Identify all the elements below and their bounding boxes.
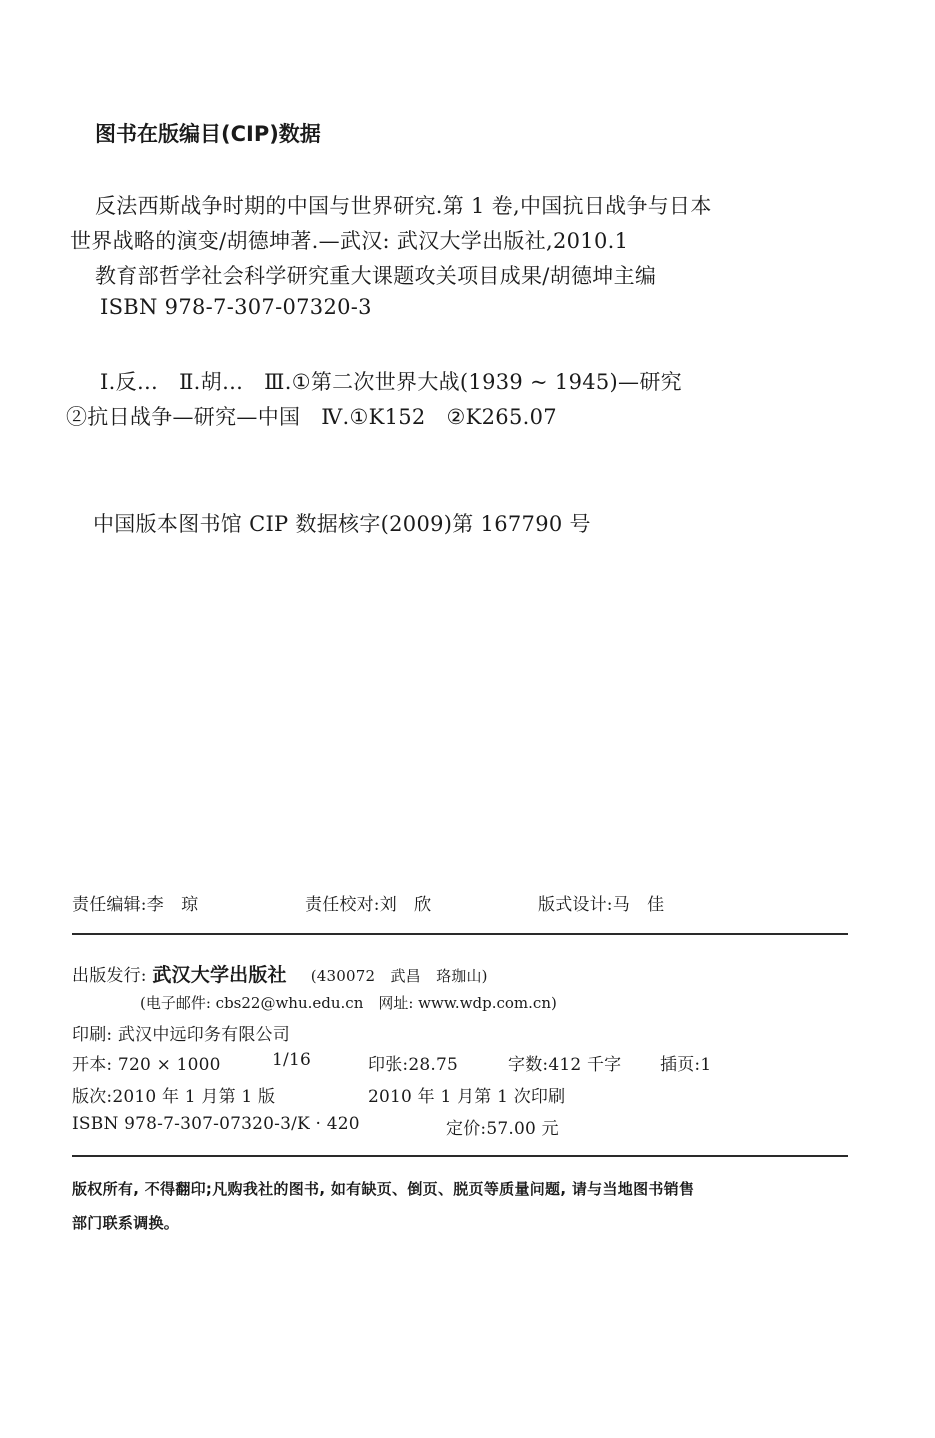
designer-name: 马 佳 [613,895,665,915]
publisher-name: 武汉大学出版社 [152,964,286,986]
format-fraction: 1/16 [272,1050,311,1070]
divider-rule-top [72,933,848,935]
publisher-address: (430072 武昌 珞珈山) [311,967,488,985]
proofreader-label: 责任校对: [305,895,380,915]
credits-editor: 责任编辑:李 琼 [72,890,198,915]
copyright-notice-line-1: 版权所有, 不得翻印;凡购我社的图书, 如有缺页、倒页、脱页等质量问题, 请与当… [72,1178,694,1199]
edition: 版次:2010 年 1 月第 1 版 [72,1082,275,1107]
publisher-line: 出版发行: 武汉大学出版社(430072 武昌 珞珈山) [72,960,488,987]
cip-title-line-2: 世界战略的演变/胡德坤著.—武汉: 武汉大学出版社,2010.1 [70,225,628,255]
format-line: 开本: 720 × 1000 [72,1050,221,1075]
credits-proofreader: 责任校对:刘 欣 [305,890,431,915]
cip-title-line-1: 反法西斯战争时期的中国与世界研究.第 1 卷,中国抗日战争与日本 [95,190,712,220]
isbn-full: ISBN 978-7-307-07320-3/K · 420 [72,1114,360,1134]
proofreader-name: 刘 欣 [380,895,432,915]
publisher-label: 出版发行: [72,966,152,986]
editor-name: 李 琼 [147,895,199,915]
printing: 2010 年 1 月第 1 次印刷 [368,1082,565,1107]
cip-subjects-line-1: Ⅰ.反… Ⅱ.胡… Ⅲ.①第二次世界大战(1939 ~ 1945)—研究 [100,366,682,396]
cip-series-line: 教育部哲学社会科学研究重大课题攻关项目成果/胡德坤主编 [95,260,656,290]
designer-label: 版式设计: [538,895,613,915]
publisher-contact: (电子邮件: cbs22@whu.edu.cn 网址: www.wdp.com.… [140,992,557,1013]
editor-label: 责任编辑: [72,895,147,915]
price: 定价:57.00 元 [446,1114,559,1139]
cip-subjects-line-2: ②抗日战争—研究—中国 Ⅳ.①K152 ②K265.07 [66,401,557,431]
cip-isbn: ISBN 978-7-307-07320-3 [100,295,372,319]
format-size: 开本: 720 × 1000 [72,1055,221,1075]
copyright-notice-line-2: 部门联系调换。 [72,1212,179,1233]
plates: 插页:1 [660,1050,711,1075]
word-count: 字数:412 千字 [508,1050,621,1075]
sheets: 印张:28.75 [368,1050,458,1075]
cip-record-number: 中国版本图书馆 CIP 数据核字(2009)第 167790 号 [93,508,591,538]
cip-heading: 图书在版编目(CIP)数据 [95,118,321,148]
credits-designer: 版式设计:马 佳 [538,890,664,915]
printer-line: 印刷: 武汉中远印务有限公司 [72,1020,290,1045]
divider-rule-bottom [72,1155,848,1157]
